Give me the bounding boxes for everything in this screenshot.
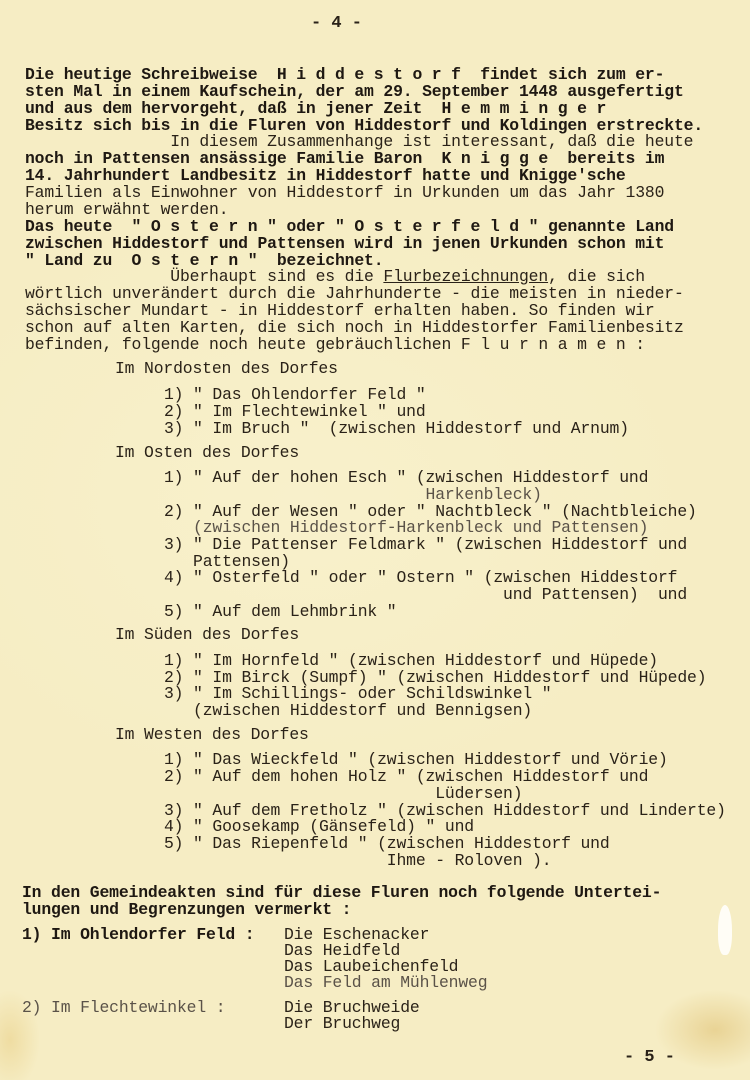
text-line: In den Gemeindeakten sind für diese Flur… [22,884,661,901]
section-heading: Im Nordosten des Dorfes [115,360,338,377]
text-line: herum erwähnt werden. [25,201,228,218]
text-line: befinden, folgende noch heute gebräuchli… [25,336,645,353]
text-line: In diesem Zusammenhange ist interessant,… [25,133,693,150]
text-line: schon auf alten Karten, die sich noch in… [25,319,684,336]
list-item: 2) " Auf dem hohen Holz " (zwischen Hidd… [164,768,648,785]
section-heading: Im Osten des Dorfes [115,444,299,461]
entry-value: Das Feld am Mühlenweg [284,974,487,991]
list-item: 2) " Im Flechtewinkel " und [164,403,426,420]
text-line: lungen und Begrenzungen vermerkt : [22,901,351,918]
list-item-continuation: und Pattensen) und [164,586,687,603]
entry-label: 2) Im Flechtewinkel : [22,999,225,1016]
text-line: zwischen Hiddestorf und Pattensen wird i… [25,235,664,252]
list-item: 1) " Im Hornfeld " (zwischen Hiddestorf … [164,652,658,669]
list-item-continuation: (zwischen Hiddestorf und Bennigsen) [164,702,532,719]
list-item: 1) " Das Ohlendorfer Feld " [164,386,426,403]
list-item-continuation: Harkenbleck) [164,486,542,503]
section-heading: Im Westen des Dorfes [115,726,309,743]
text-line: Familien als Einwohner von Hiddestorf in… [25,184,664,201]
list-item-continuation: (zwischen Hiddestorf-Harkenbleck und Pat… [164,519,648,536]
list-item: 3) " Im Bruch " (zwischen Hiddestorf und… [164,420,629,437]
list-item: 3) " Die Pattenser Feldmark " (zwischen … [164,536,687,553]
text-line: Die heutige Schreibweise H i d d e s t o… [25,66,664,83]
list-item: 4) " Osterfeld " oder " Ostern " (zwisch… [164,569,677,586]
entry-label: 1) Im Ohlendorfer Feld : [22,926,254,943]
list-item-continuation: Lüdersen) [164,785,522,802]
list-item: 4) " Goosekamp (Gänsefeld) " und [164,818,474,835]
text-line: noch in Pattensen ansässige Familie Baro… [25,150,664,167]
list-item: 5) " Das Riepenfeld " (zwischen Hiddesto… [164,835,610,852]
text-line: und aus dem hervorgeht, daß in jener Zei… [25,100,606,117]
list-item: 1) " Auf der hohen Esch " (zwischen Hidd… [164,469,648,486]
page-number-header: - 4 - [311,14,362,33]
list-item: 3) " Im Schillings- oder Schildswinkel " [164,685,551,702]
section-heading: Im Süden des Dorfes [115,626,299,643]
text-line: sten Mal in einem Kaufschein, der am 29.… [25,83,684,100]
text-line: wörtlich unverändert durch die Jahrhunde… [25,285,684,302]
page-number-footer: - 5 - [624,1048,675,1067]
list-item: 5) " Auf dem Lehmbrink " [164,603,396,620]
text-line: sächsischer Mundart - in Hiddestorf erha… [25,302,655,319]
list-item-continuation: Ihme - Roloven ). [164,852,551,869]
text-line: Das heute " O s t e r n " oder " O s t e… [25,218,674,235]
paper-tear-mark [718,905,732,955]
text-line: 14. Jahrhundert Landbesitz in Hiddestorf… [25,167,626,184]
entry-value: Der Bruchweg [284,1015,400,1032]
text-line: Überhaupt sind es die Flurbezeichnungen,… [25,268,645,285]
list-item: 1) " Das Wieckfeld " (zwischen Hiddestor… [164,751,668,768]
